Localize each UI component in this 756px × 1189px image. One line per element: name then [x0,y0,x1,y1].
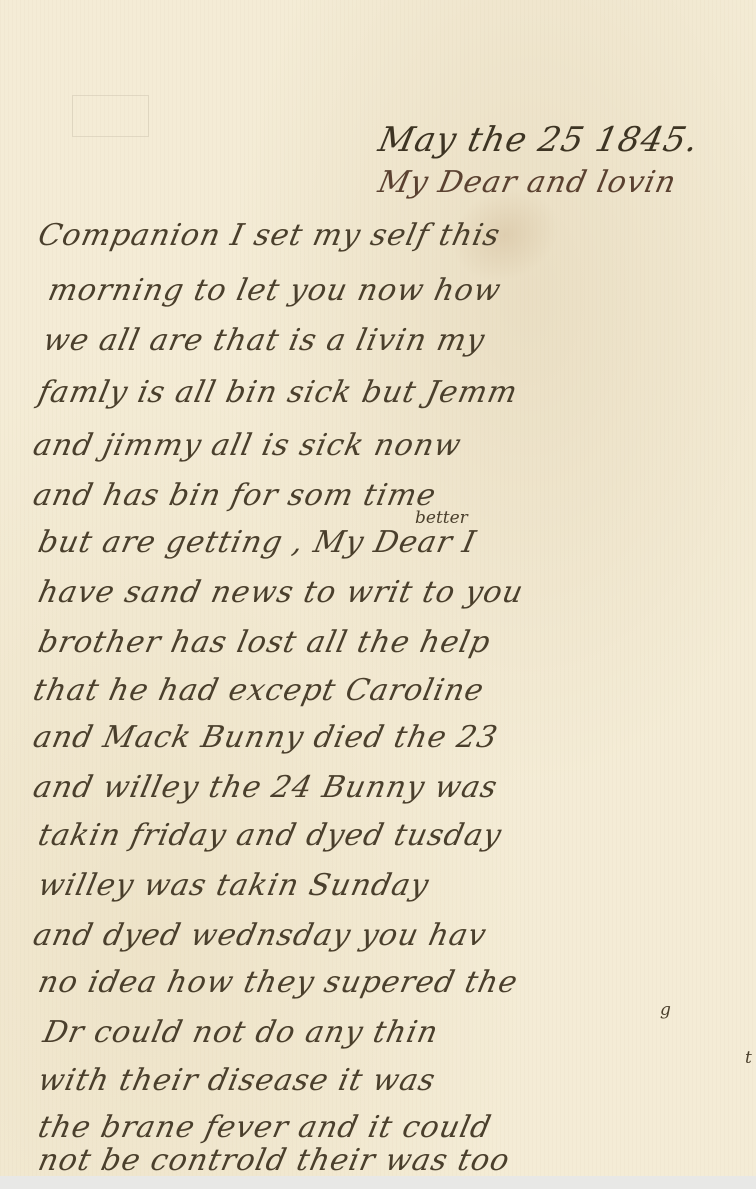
letter-line: the brane fever and it could [35,1110,495,1145]
letter-line: and jimmy all is sick nonw [30,428,465,463]
letter-line: Dr could not do any thin [40,1015,442,1050]
inserted-letter-g: g [660,1000,671,1020]
letter-line: willey was takin Sunday [35,868,432,903]
letter-line: famly is all bin sick but Jemm [35,375,521,410]
letter-line: and willey the 24 Bunny was [30,770,501,805]
letter-salutation: My Dear and lovin [375,165,680,200]
inserted-letter-t: t [745,1048,752,1068]
letter-line: takin friday and dyed tusday [35,818,505,853]
letter-line: no idea how they supered the [35,965,521,1000]
letter-line: but are getting , My Dear I [35,525,480,560]
letter-line: that he had except Caroline [30,673,487,708]
letter-line: morning to let you now how [45,273,504,308]
letter-line: we all are that is a livin my [40,323,488,358]
paper-emboss-mark [72,95,149,137]
letter-line: with their disease it was [35,1063,439,1098]
letter-line: have sand news to writ to you [35,575,527,610]
scan-border [0,1176,756,1189]
letter-line: and dyed wednsday you hav [30,918,490,953]
letter-page: May the 25 1845. My Dear and lovin Compa… [0,0,756,1176]
letter-line: and has bin for som time [30,478,440,513]
letter-line: Companion I set my self this [35,218,504,253]
letter-line: and Mack Bunny died the 23 [30,720,501,755]
letter-line: not be controld their was too [35,1143,513,1176]
letter-line: brother has lost all the help [35,625,494,660]
letter-date: May the 25 1845. [375,120,703,160]
